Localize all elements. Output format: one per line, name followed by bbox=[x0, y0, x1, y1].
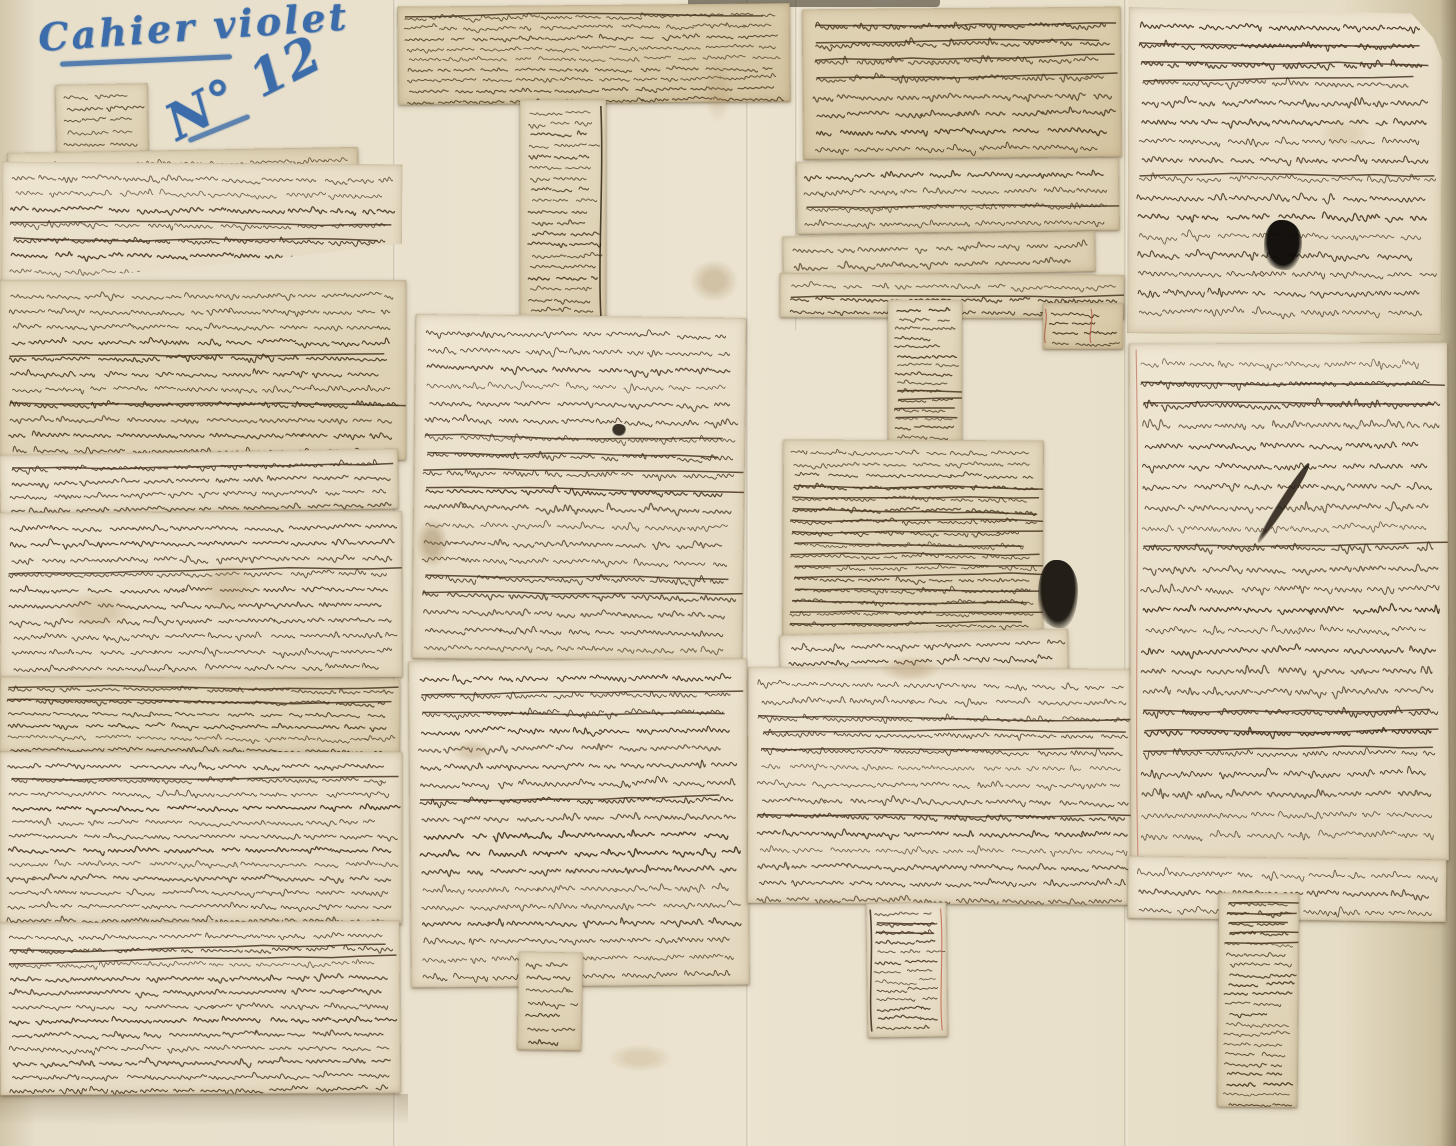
handwriting-lines bbox=[398, 3, 791, 104]
handwriting-lines bbox=[0, 677, 400, 756]
manuscript-fragment-f19 bbox=[888, 300, 962, 448]
foxing-stain bbox=[690, 260, 738, 302]
handwriting-lines bbox=[797, 158, 1120, 234]
manuscript-fragment-f23 bbox=[747, 667, 1138, 905]
manuscript-fragment-f08 bbox=[0, 752, 402, 924]
handwriting-lines bbox=[517, 951, 583, 1050]
manuscript-page: Cahier violet N° 12 bbox=[0, 0, 1456, 1146]
manuscript-fragment-f15 bbox=[802, 7, 1121, 160]
manuscript-fragment-f21 bbox=[783, 440, 1044, 639]
handwriting-lines bbox=[0, 921, 401, 1096]
handwriting-lines bbox=[783, 440, 1044, 639]
manuscript-fragment-f04 bbox=[0, 280, 406, 460]
manuscript-fragment-f25 bbox=[1127, 7, 1443, 335]
ink-blot bbox=[1038, 560, 1078, 628]
fold-crease bbox=[1124, 0, 1128, 1146]
manuscript-fragment-f03 bbox=[2, 162, 403, 293]
sheet-edge-shadow bbox=[0, 1094, 408, 1146]
manuscript-fragment-f20 bbox=[1043, 303, 1123, 349]
handwriting-lines bbox=[747, 667, 1138, 905]
handwriting-lines bbox=[0, 449, 398, 516]
manuscript-fragment-f11 bbox=[520, 100, 606, 322]
handwriting-lines bbox=[412, 314, 746, 662]
handwriting-lines bbox=[409, 659, 750, 988]
manuscript-fragment-f06 bbox=[0, 511, 402, 679]
manuscript-fragment-f14 bbox=[517, 951, 583, 1050]
handwriting-lines bbox=[2, 162, 403, 293]
handwriting-lines bbox=[802, 7, 1121, 160]
manuscript-fragment-f05 bbox=[0, 449, 398, 516]
handwriting-lines bbox=[1129, 342, 1449, 861]
manuscript-fragment-f26 bbox=[1129, 342, 1449, 861]
handwriting-lines bbox=[0, 511, 402, 679]
manuscript-fragment-f16 bbox=[797, 158, 1120, 234]
manuscript-fragment-f17 bbox=[783, 231, 1096, 276]
handwriting-lines bbox=[866, 902, 948, 1037]
handwriting-lines bbox=[0, 752, 402, 924]
manuscript-fragment-f24 bbox=[866, 902, 948, 1037]
manuscript-fragment-f28 bbox=[1217, 893, 1299, 1108]
handwriting-lines bbox=[1043, 303, 1123, 349]
handwriting-lines bbox=[888, 300, 962, 448]
handwriting-lines bbox=[1127, 7, 1443, 335]
handwriting-lines bbox=[1217, 893, 1299, 1108]
handwriting-lines bbox=[0, 280, 406, 460]
handwriting-lines bbox=[520, 100, 606, 322]
manuscript-fragment-f09 bbox=[0, 921, 401, 1096]
foxing-stain bbox=[608, 1044, 672, 1072]
manuscript-fragment-f07 bbox=[0, 677, 400, 756]
handwriting-lines bbox=[783, 231, 1096, 276]
manuscript-fragment-f13 bbox=[409, 659, 750, 988]
manuscript-fragment-f12 bbox=[412, 314, 746, 662]
manuscript-fragment-f10 bbox=[398, 3, 791, 104]
